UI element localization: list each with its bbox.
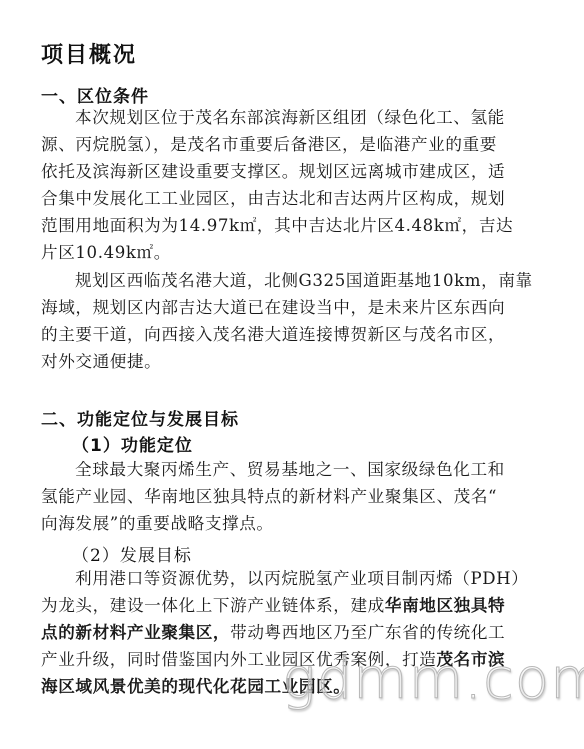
emphasis-text: 点的新材料产业聚集区， xyxy=(41,623,230,642)
paragraph-line: 依托及滨海新区建设重要支撑区。规划区远离城市建成区，适 xyxy=(41,158,561,185)
document-page: 项目概况 一、区位条件 本次规划区位于茂名东部滨海新区组团（绿色化工、氢能 源、… xyxy=(0,0,584,749)
paragraph-line: 海域，规划区内部吉达大道已在建设当中，是未来片区东西向 xyxy=(41,294,561,321)
page-title: 项目概况 xyxy=(41,38,137,69)
paragraph-line: 范围用地面积为为14.97k㎡，其中吉达北片区4.48k㎡，吉达 xyxy=(41,212,561,239)
watermark: gdmm.com xyxy=(282,652,584,708)
emphasis-text: 华南地区独具特 xyxy=(385,596,505,615)
paragraph-line: 合集中发展化工工业园区，由吉达北和吉达两片区构成，规划 xyxy=(41,185,561,212)
paragraph-line: 源、丙烷脱氢），是茂名市重要后备港区，是临港产业的重要 xyxy=(41,131,561,158)
subsection-heading-function: （1）功能定位 xyxy=(72,431,193,456)
paragraph-line: 氢能产业园、华南地区独具特点的新材料产业聚集区、茂名“ xyxy=(41,483,561,510)
section-heading-positioning: 二、功能定位与发展目标 xyxy=(41,405,239,430)
paragraph-line: 的主要干道，向西接入茂名港大道连接博贺新区与茂名市区， xyxy=(41,321,561,348)
plain-text: 带动粤西地区乃至广东省的传统化工 xyxy=(230,623,505,642)
paragraph-line: 本次规划区位于茂名东部滨海新区组团（绿色化工、氢能 xyxy=(75,104,565,131)
paragraph-line: 片区10.49k㎡。 xyxy=(41,239,561,266)
paragraph-line: 为龙头，建设一体化上下游产业链体系，建成华南地区独具特 xyxy=(41,592,561,619)
paragraph-line: 全球最大聚丙烯生产、贸易基地之一、国家级绿色化工和 xyxy=(75,456,565,483)
paragraph-line: 点的新材料产业聚集区，带动粤西地区乃至广东省的传统化工 xyxy=(41,619,561,646)
subsection-heading-goals: （2）发展目标 xyxy=(72,541,192,566)
paragraph-line: 规划区西临茂名港大道，北侧G325国道距基地10km，南靠 xyxy=(75,267,565,294)
plain-text: 为龙头，建设一体化上下游产业链体系，建成 xyxy=(41,596,385,615)
paragraph-line: 对外交通便捷。 xyxy=(41,348,561,375)
paragraph-line: 利用港口等资源优势，以丙烷脱氢产业项目制丙烯（PDH） xyxy=(75,565,565,592)
paragraph-line: 向海发展”的重要战略支撑点。 xyxy=(41,510,561,537)
